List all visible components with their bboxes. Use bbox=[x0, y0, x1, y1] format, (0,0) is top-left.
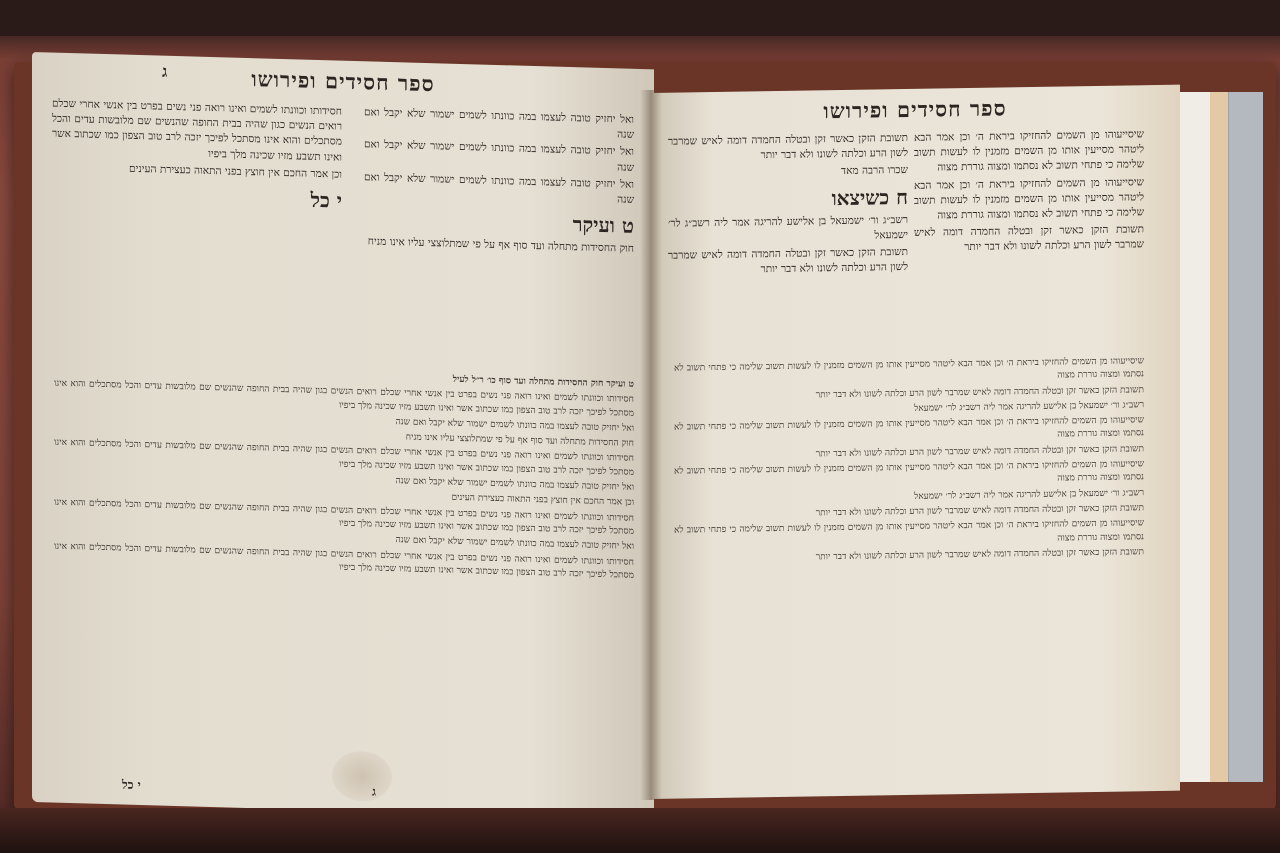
section-letter: ח bbox=[896, 185, 908, 209]
text-block: חוק החסידות מתחלה ועד סוף אף על פי שמתלו… bbox=[364, 234, 634, 257]
page-stack-white bbox=[1178, 92, 1211, 782]
text-block: תשובת הזקן כאשר זקן ובטלה החמדה דומה לאי… bbox=[914, 222, 1144, 256]
commentary-block: שיסייעוהו מן השמים להחזיקו ביראת ה׳ וכן … bbox=[674, 355, 1144, 569]
left-page-left-column: חסידותו וכוונתו לשמים ואינו רואה פני נשי… bbox=[52, 97, 342, 217]
running-head-right: ספר חסידים ופירושו bbox=[650, 93, 1180, 127]
text-block: תשובת הזקן כאשר זקן ובטלה החמדה דומה לאי… bbox=[668, 245, 908, 279]
text-block: תשובת הזקן כאשר זקן ובטלה החמדה דומה לאי… bbox=[668, 131, 908, 165]
text-block: שיסייעוהו מן השמים להחזיקו ביראת ה׳ וכן … bbox=[914, 175, 1144, 224]
text-block: רשב״ג ור׳ ישמעאל בן אלישע להריגה אמר ליה… bbox=[668, 213, 908, 247]
section-letter: ט bbox=[622, 214, 634, 238]
section-title: כל bbox=[311, 188, 330, 213]
text-block: שכרו הרבה מאד bbox=[668, 163, 908, 182]
page-stack-tan bbox=[1210, 92, 1230, 782]
commentary-block: ט ועיקר חוק החסידות מתחלה ועד סוף כו׳ ר״… bbox=[54, 363, 634, 585]
text-block: ואל יחזיק טובה לעצמו במה כוונתו לשמים יש… bbox=[364, 170, 634, 208]
age-stain bbox=[332, 750, 392, 802]
left-page-right-column: ואל יחזיק טובה לעצמו במה כוונתו לשמים יש… bbox=[364, 105, 634, 259]
display-case-top bbox=[0, 0, 1280, 36]
display-shelf bbox=[0, 808, 1280, 853]
section-title: ועיקר bbox=[573, 212, 615, 237]
section-title: כשיצאו bbox=[832, 185, 890, 210]
catchword: י כל bbox=[122, 778, 141, 794]
text-block: ואל יחזיק טובה לעצמו במה כוונתו לשמים יש… bbox=[364, 138, 634, 176]
text-block: ואל יחזיק טובה לעצמו במה כוונתו לשמים יש… bbox=[364, 105, 634, 143]
section-letter: י bbox=[337, 189, 342, 213]
running-head-left: ספר חסידים ופירושו bbox=[32, 60, 654, 103]
text-block: חסידותו וכוונתו לשמים ואינו רואה פני נשי… bbox=[52, 97, 342, 166]
text-block: שיסייעוהו מן השמים להחזיקו ביראת ה׳ וכן … bbox=[914, 127, 1144, 176]
book-gutter bbox=[640, 90, 662, 800]
right-page-right-column: שיסייעוהו מן השמים להחזיקו ביראת ה׳ וכן … bbox=[914, 127, 1144, 258]
right-page-left-column: תשובת הזקן כאשר זקן ובטלה החמדה דומה לאי… bbox=[668, 131, 908, 281]
left-page: ג ספר חסידים ופירושו ואל יחזיק טובה לעצמ… bbox=[32, 52, 654, 819]
right-page: ספר חסידים ופירושו שיסייעוהו מן השמים לה… bbox=[650, 85, 1180, 799]
page-stack-gray bbox=[1228, 92, 1263, 782]
